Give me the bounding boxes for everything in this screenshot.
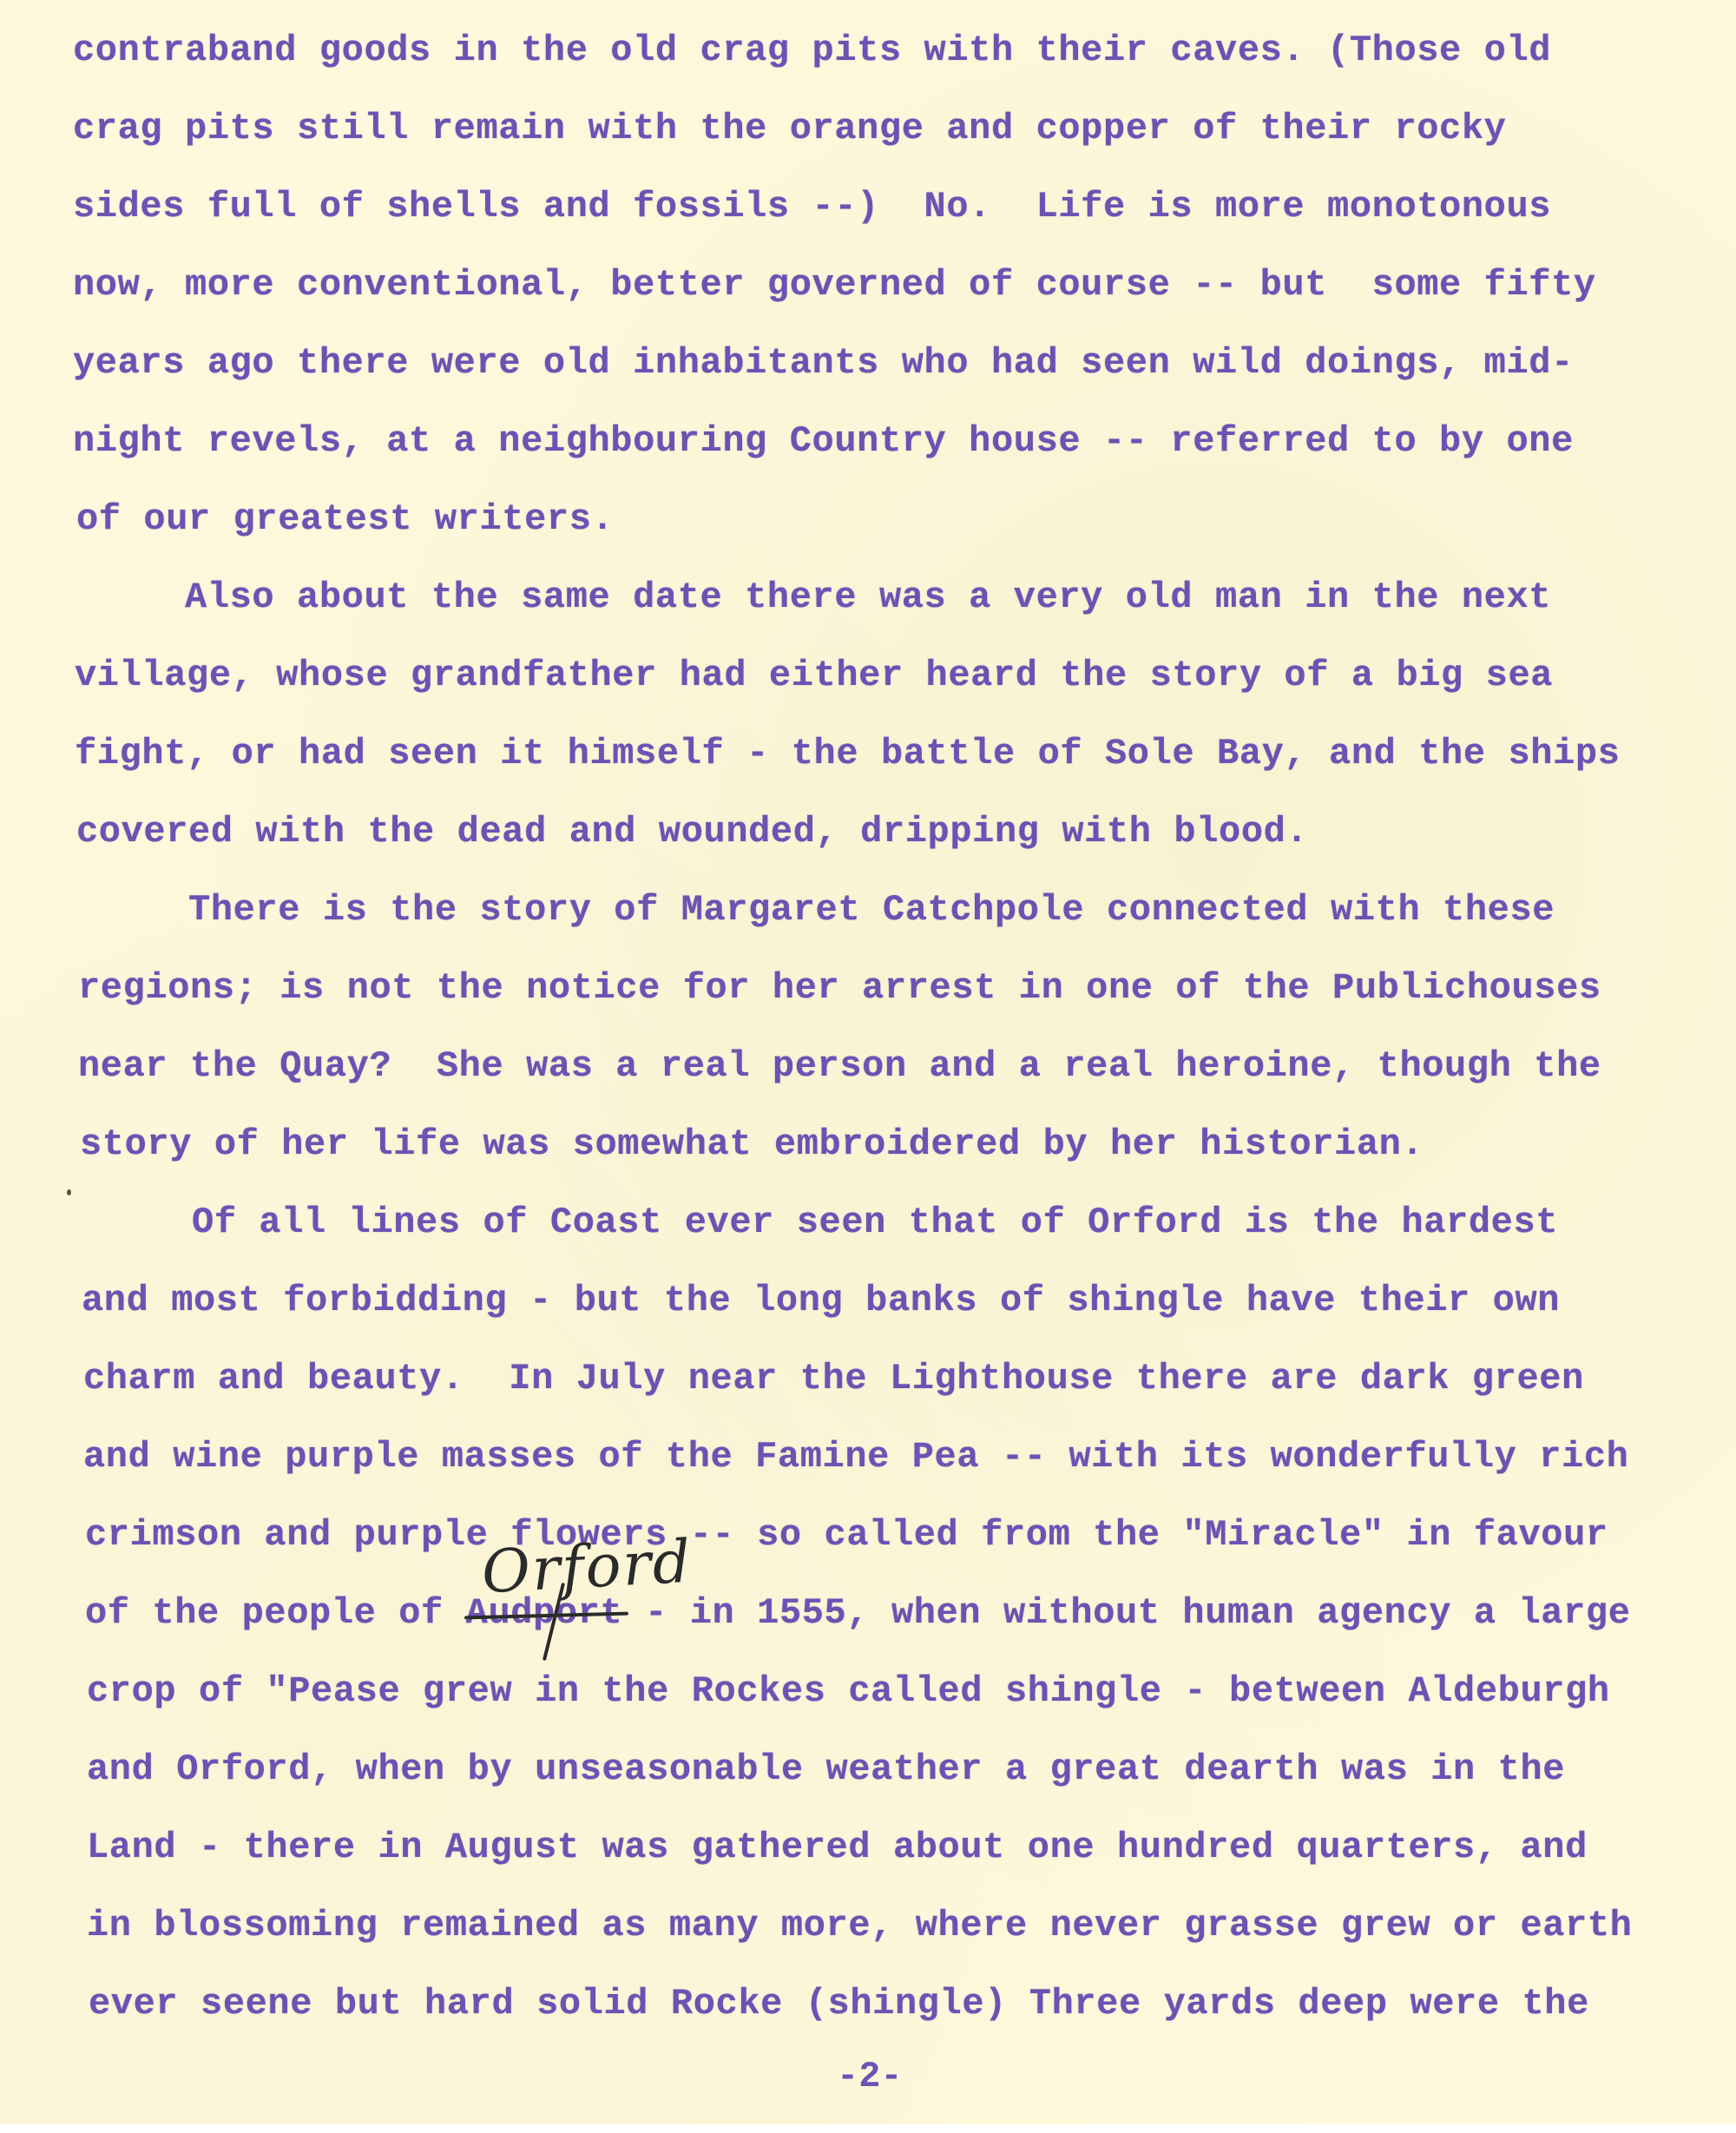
- text-line-10: fight, or had seen it himself - the batt…: [75, 727, 1620, 780]
- text-line-5: years ago there were old inhabitants who…: [73, 337, 1574, 389]
- text-line-9: village, whose grandfather had either he…: [75, 649, 1553, 701]
- text-after-correction: - in 1555, when without human agency a l…: [622, 1592, 1630, 1634]
- text-line-2: crag pits still remain with the orange a…: [73, 102, 1506, 155]
- text-line-16: Of all lines of Coast ever seen that of …: [80, 1196, 1558, 1248]
- text-line-11: covered with the dead and wounded, dripp…: [76, 806, 1308, 858]
- text-line-1: contraband goods in the old crag pits wi…: [73, 24, 1551, 76]
- handwritten-correction: Orford: [480, 1533, 694, 1603]
- text-line-17: and most forbidding - but the long banks…: [82, 1274, 1560, 1327]
- text-line-12: There is the story of Margaret Catchpole…: [76, 884, 1555, 936]
- text-before-correction: of the people of: [85, 1592, 466, 1634]
- text-line-7: of our greatest writers.: [76, 493, 614, 545]
- text-line-18: charm and beauty. In July near the Light…: [83, 1353, 1584, 1405]
- page-number: -2-: [837, 2051, 903, 2103]
- text-line-13: regions; is not the notice for her arres…: [78, 962, 1601, 1014]
- text-line-4: now, more conventional, better governed …: [73, 259, 1596, 311]
- text-line-6: night revels, at a neighbouring Country …: [73, 415, 1574, 467]
- text-line-15: story of her life was somewhat embroider…: [80, 1118, 1424, 1170]
- text-line-3: sides full of shells and fossils --) No.…: [73, 181, 1551, 233]
- text-line-25: in blossoming remained as many more, whe…: [87, 1899, 1632, 1952]
- text-line-23: and Orford, when by unseasonable weather…: [87, 1743, 1565, 1795]
- document-page: contraband goods in the old crag pits wi…: [0, 0, 1736, 2124]
- text-line-22: crop of "Pease grew in the Rockes called…: [87, 1665, 1610, 1717]
- text-line-14: near the Quay? She was a real person and…: [78, 1040, 1601, 1092]
- text-line-24: Land - there in August was gathered abou…: [87, 1821, 1588, 1873]
- text-line-19: and wine purple masses of the Famine Pea…: [83, 1431, 1628, 1483]
- text-line-21: of the people of Audport - in 1555, when…: [85, 1587, 1631, 1639]
- text-line-8: Also about the same date there was a ver…: [73, 571, 1551, 623]
- text-line-26: ever seene but hard solid Rocke (shingle…: [89, 1978, 1589, 2030]
- ink-speck: [67, 1189, 71, 1195]
- text-line-20: crimson and purple flowers -- so called …: [85, 1509, 1608, 1561]
